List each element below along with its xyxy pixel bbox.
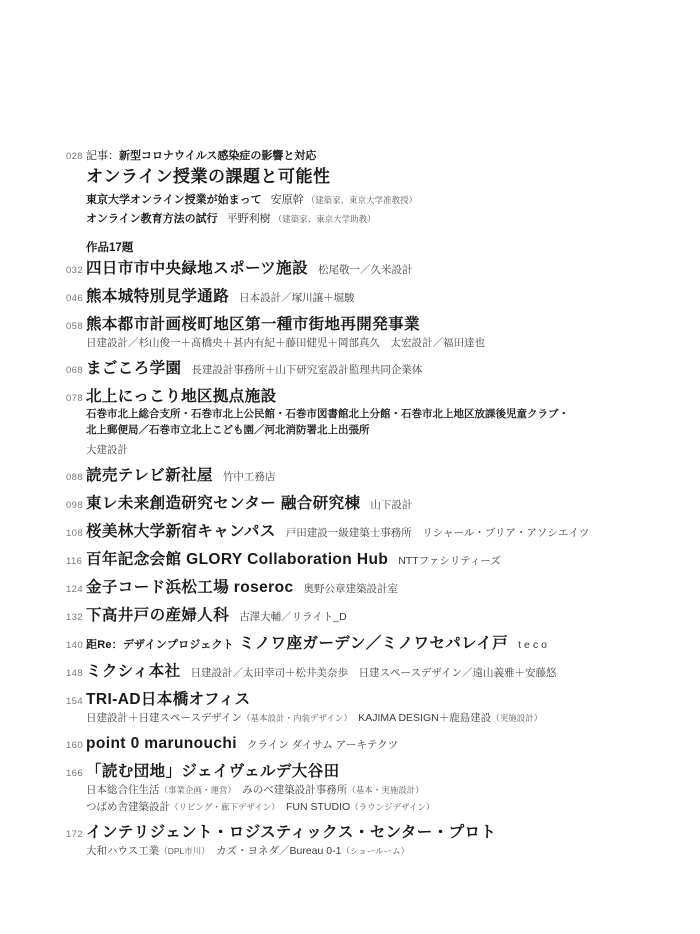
work-credit: 古澤大輔／リライト_D bbox=[239, 611, 347, 623]
article-block: 028 記事：新型コロナウイルス感染症の影響と対応 オンライン授業の課題と可能性… bbox=[66, 150, 664, 227]
work-body: 熊本城特別見学通路日本設計／塚川譲＋堀駿 bbox=[86, 289, 664, 306]
work-body: point 0 marunouchiクライン ダイサム アーキテクツ bbox=[86, 736, 664, 753]
section-title: 作品17題 bbox=[86, 242, 664, 255]
work-body: 百年記念会館 GLORY Collaboration HubNTTファシリティー… bbox=[86, 552, 664, 569]
work-body: 熊本都市計画桜町地区第一種市街地再開発事業日建設計／杉山俊一＋髙橋央＋甚内有紀＋… bbox=[86, 317, 664, 350]
work-body: まごころ学園長建設計事務所＋山下研究室設計監理共同企業体 bbox=[86, 361, 664, 378]
work-title-line: TRI-AD日本橋オフィス bbox=[86, 692, 664, 708]
work-page-number: 172 bbox=[66, 829, 86, 840]
article-title: オンライン授業の課題と可能性 bbox=[86, 167, 664, 186]
work-credit: 竹中工務店 bbox=[223, 471, 276, 483]
work-title-line: まごころ学園長建設計事務所＋山下研究室設計監理共同企業体 bbox=[86, 361, 664, 378]
work-title-line: 四日市市中央緑地スポーツ施設松尾敬一／久米設計 bbox=[86, 261, 664, 278]
article-page-number: 028 bbox=[66, 151, 86, 162]
work-title: 東レ未来創造研究センター 融合研究棟 bbox=[86, 495, 360, 512]
work-body: 北上にっこり地区拠点施設石巻市北上総合支所・石巻市北上公民館・石巻市図書館北上分… bbox=[86, 389, 664, 457]
work-row: 116百年記念会館 GLORY Collaboration HubNTTファシリ… bbox=[66, 552, 664, 569]
work-page-number: 078 bbox=[66, 393, 86, 404]
work-page-number: 116 bbox=[66, 556, 86, 567]
work-page-number: 068 bbox=[66, 365, 86, 376]
work-credit: 日本設計／塚川譲＋堀駿 bbox=[239, 292, 355, 304]
work-row: 124金子コード浜松工場 roseroc奥野公章建築設計室 bbox=[66, 580, 664, 597]
work-title-line: 百年記念会館 GLORY Collaboration HubNTTファシリティー… bbox=[86, 552, 664, 569]
work-credit-line: つばめ舎建築設計（リビング・廊下デザイン） FUN STUDIO（ラウンジデザイ… bbox=[86, 800, 664, 814]
work-title-prefix: 距Re：デザインプロジェクト bbox=[86, 639, 234, 651]
work-row: 108桜美林大学新宿キャンパス戸田建設一級建築士事務所 リシャール・ブリア・アソ… bbox=[66, 524, 664, 541]
work-row: 058熊本都市計画桜町地区第一種市街地再開発事業日建設計／杉山俊一＋髙橋央＋甚内… bbox=[66, 317, 664, 350]
work-title: 百年記念会館 GLORY Collaboration Hub bbox=[86, 551, 388, 568]
article-item-note: （建築家、東京大学准教授） bbox=[307, 195, 418, 205]
credit-paren-note: （基本・実施設計） bbox=[347, 785, 424, 795]
work-row: 098東レ未来創造研究センター 融合研究棟山下設計 bbox=[66, 496, 664, 513]
work-title-line: 距Re：デザインプロジェクトミノワ座ガーデン／ミノワセパレイ戸teco bbox=[86, 636, 664, 653]
work-credit: 戸田建設一級建築士事務所 リシャール・ブリア・アソシエイツ bbox=[286, 527, 590, 539]
works-list: 032四日市市中央緑地スポーツ施設松尾敬一／久米設計046熊本城特別見学通路日本… bbox=[66, 261, 664, 858]
work-body: 東レ未来創造研究センター 融合研究棟山下設計 bbox=[86, 496, 664, 513]
work-body: TRI-AD日本橋オフィス日建設計＋日建スペースデザイン（基本設計・内装デザイン… bbox=[86, 692, 664, 725]
work-title: 四日市市中央緑地スポーツ施設 bbox=[86, 260, 308, 277]
work-title: 北上にっこり地区拠点施設 bbox=[86, 388, 277, 405]
work-row: 140距Re：デザインプロジェクトミノワ座ガーデン／ミノワセパレイ戸teco bbox=[66, 636, 664, 653]
work-body: 読売テレビ新社屋竹中工務店 bbox=[86, 468, 664, 485]
work-title-line: 下高井戸の産婦人科古澤大輔／リライト_D bbox=[86, 608, 664, 625]
work-row: 078北上にっこり地区拠点施設石巻市北上総合支所・石巻市北上公民館・石巻市図書館… bbox=[66, 389, 664, 457]
credit-paren-note: （リビング・廊下デザイン） bbox=[170, 802, 276, 812]
work-title: まごころ学園 bbox=[86, 360, 181, 377]
work-credit: 日建設計／太田幸司＋松井美奈歩 日建スペースデザイン／遠山義雅＋安藤悠 bbox=[190, 667, 556, 679]
work-title: インテリジェント・ロジスティックス・センター・プロト bbox=[86, 824, 496, 841]
work-title: 熊本城特別見学通路 bbox=[86, 288, 229, 305]
credit-paren-note: （ラウンジデザイン） bbox=[350, 802, 434, 812]
work-title-line: ミクシィ本社日建設計／太田幸司＋松井美奈歩 日建スペースデザイン／遠山義雅＋安藤… bbox=[86, 664, 664, 681]
work-title-line: 「読む団地」ジェイヴェルデ大谷田 bbox=[86, 764, 664, 780]
work-title-line: 熊本城特別見学通路日本設計／塚川譲＋堀駿 bbox=[86, 289, 664, 306]
article-item-note: （建築家、東京大学助教） bbox=[274, 214, 376, 224]
work-credit-line: 石巻市北上総合支所・石巻市北上公民館・石巻市図書館北上分館・石巻市北上地区放課後… bbox=[86, 407, 664, 421]
work-row: 132下高井戸の産婦人科古澤大輔／リライト_D bbox=[66, 608, 664, 625]
work-row: 068まごころ学園長建設計事務所＋山下研究室設計監理共同企業体 bbox=[66, 361, 664, 378]
work-row: 032四日市市中央緑地スポーツ施設松尾敬一／久米設計 bbox=[66, 261, 664, 278]
work-credit: クライン ダイサム アーキテクツ bbox=[247, 739, 398, 751]
article-item-subtitle: オンライン教育方法の試行 bbox=[86, 213, 218, 225]
work-credit: 長建設計事務所＋山下研究室設計監理共同企業体 bbox=[191, 364, 422, 376]
work-credit-line: 大建設計 bbox=[86, 443, 664, 457]
work-body: 四日市市中央緑地スポーツ施設松尾敬一／久米設計 bbox=[86, 261, 664, 278]
work-credit: 松尾敬一／久米設計 bbox=[318, 264, 413, 276]
work-row: 154TRI-AD日本橋オフィス日建設計＋日建スペースデザイン（基本設計・内装デ… bbox=[66, 692, 664, 725]
work-body: 下高井戸の産婦人科古澤大輔／リライト_D bbox=[86, 608, 664, 625]
article-kicker-row: 028 記事：新型コロナウイルス感染症の影響と対応 bbox=[66, 150, 664, 163]
work-page-number: 124 bbox=[66, 584, 86, 595]
work-page-number: 088 bbox=[66, 472, 86, 483]
work-title-line: 読売テレビ新社屋竹中工務店 bbox=[86, 468, 664, 485]
work-row: 088読売テレビ新社屋竹中工務店 bbox=[66, 468, 664, 485]
article-item-author: 安原幹 bbox=[271, 194, 304, 206]
article-item: 東京大学オンライン授業が始まって安原幹（建築家、東京大学准教授） bbox=[86, 191, 664, 208]
work-row: 172インテリジェント・ロジスティックス・センター・プロト大和ハウス工業（DPL… bbox=[66, 825, 664, 858]
work-row: 148ミクシィ本社日建設計／太田幸司＋松井美奈歩 日建スペースデザイン／遠山義雅… bbox=[66, 664, 664, 681]
work-title: point 0 marunouchi bbox=[86, 735, 237, 752]
work-page-number: 108 bbox=[66, 528, 86, 539]
work-title-line: point 0 marunouchiクライン ダイサム アーキテクツ bbox=[86, 736, 664, 753]
work-body: ミクシィ本社日建設計／太田幸司＋松井美奈歩 日建スペースデザイン／遠山義雅＋安藤… bbox=[86, 664, 664, 681]
work-title: 「読む団地」ジェイヴェルデ大谷田 bbox=[86, 763, 339, 780]
work-page-number: 046 bbox=[66, 293, 86, 304]
credit-paren-note: （実施設計） bbox=[491, 713, 542, 723]
work-page-number: 098 bbox=[66, 500, 86, 511]
work-page-number: 140 bbox=[66, 640, 86, 651]
work-title-line: 東レ未来創造研究センター 融合研究棟山下設計 bbox=[86, 496, 664, 513]
work-title: 下高井戸の産婦人科 bbox=[86, 607, 229, 624]
work-title-line: 熊本都市計画桜町地区第一種市街地再開発事業 bbox=[86, 317, 664, 333]
work-credit: teco bbox=[518, 639, 550, 651]
work-page-number: 132 bbox=[66, 612, 86, 623]
toc-content: 028 記事：新型コロナウイルス感染症の影響と対応 オンライン授業の課題と可能性… bbox=[66, 150, 664, 869]
work-credit: NTTファシリティーズ bbox=[398, 555, 501, 567]
credit-paren-note: （基本設計・内装デザイン） bbox=[242, 713, 348, 723]
work-title-line: インテリジェント・ロジスティックス・センター・プロト bbox=[86, 825, 664, 841]
work-title: ミクシィ本社 bbox=[86, 663, 180, 680]
credit-paren-note: （DPL市川） bbox=[159, 846, 205, 856]
work-title: 金子コード浜松工場 roseroc bbox=[86, 579, 293, 596]
article-item-author: 平野利樹 bbox=[227, 213, 271, 225]
work-credit-line: 北上郵便局／石巻市立北上こども園／河北消防署北上出張所 bbox=[86, 423, 664, 437]
work-body: 桜美林大学新宿キャンパス戸田建設一級建築士事務所 リシャール・ブリア・アソシエイ… bbox=[86, 524, 664, 541]
work-row: 166「読む団地」ジェイヴェルデ大谷田日本総合住生活（事業企画・運営） みのべ建… bbox=[66, 764, 664, 814]
work-credit: 山下設計 bbox=[370, 499, 412, 511]
article-item: オンライン教育方法の試行平野利樹（建築家、東京大学助教） bbox=[86, 210, 664, 227]
work-credit-line: 日建設計＋日建スペースデザイン（基本設計・内装デザイン） KAJIMA DESI… bbox=[86, 711, 664, 725]
toc-page: 028 記事：新型コロナウイルス感染症の影響と対応 オンライン授業の課題と可能性… bbox=[0, 0, 700, 934]
work-credit: 奥野公章建築設計室 bbox=[303, 583, 398, 595]
work-title: TRI-AD日本橋オフィス bbox=[86, 691, 251, 708]
work-body: 「読む団地」ジェイヴェルデ大谷田日本総合住生活（事業企画・運営） みのべ建築設計… bbox=[86, 764, 664, 814]
work-credit-line: 日建設計／杉山俊一＋髙橋央＋甚内有紀＋藤田健児＋岡部真久 太宏設計／福田達也 bbox=[86, 336, 664, 350]
work-title: 熊本都市計画桜町地区第一種市街地再開発事業 bbox=[86, 316, 420, 333]
article-kicker: 記事：新型コロナウイルス感染症の影響と対応 bbox=[86, 150, 316, 163]
work-title: 桜美林大学新宿キャンパス bbox=[86, 523, 276, 540]
work-title: ミノワ座ガーデン／ミノワセパレイ戸 bbox=[239, 635, 508, 652]
work-title-line: 桜美林大学新宿キャンパス戸田建設一級建築士事務所 リシャール・ブリア・アソシエイ… bbox=[86, 524, 664, 541]
work-row: 046熊本城特別見学通路日本設計／塚川譲＋堀駿 bbox=[66, 289, 664, 306]
work-page-number: 032 bbox=[66, 265, 86, 276]
work-page-number: 058 bbox=[66, 321, 86, 332]
work-page-number: 148 bbox=[66, 668, 86, 679]
article-kicker-text: 新型コロナウイルス感染症の影響と対応 bbox=[119, 150, 316, 162]
work-page-number: 154 bbox=[66, 696, 86, 707]
work-title-line: 北上にっこり地区拠点施設 bbox=[86, 389, 664, 405]
work-title-line: 金子コード浜松工場 roseroc奥野公章建築設計室 bbox=[86, 580, 664, 597]
work-body: 距Re：デザインプロジェクトミノワ座ガーデン／ミノワセパレイ戸teco bbox=[86, 636, 664, 653]
work-page-number: 166 bbox=[66, 768, 86, 779]
work-title: 読売テレビ新社屋 bbox=[86, 467, 213, 484]
work-credit-line: 日本総合住生活（事業企画・運営） みのべ建築設計事務所（基本・実施設計） bbox=[86, 783, 664, 797]
work-body: インテリジェント・ロジスティックス・センター・プロト大和ハウス工業（DPL市川）… bbox=[86, 825, 664, 858]
work-row: 160point 0 marunouchiクライン ダイサム アーキテクツ bbox=[66, 736, 664, 753]
credit-paren-note: （ショールーム） bbox=[341, 846, 409, 856]
work-body: 金子コード浜松工場 roseroc奥野公章建築設計室 bbox=[86, 580, 664, 597]
article-kicker-prefix: 記事： bbox=[86, 150, 119, 162]
credit-paren-note: （事業企画・運営） bbox=[160, 785, 232, 795]
work-page-number: 160 bbox=[66, 740, 86, 751]
article-item-subtitle: 東京大学オンライン授業が始まって bbox=[86, 194, 262, 206]
work-credit-line: 大和ハウス工業（DPL市川） カズ・ヨネダ／Bureau 0-1（ショールーム） bbox=[86, 844, 664, 858]
